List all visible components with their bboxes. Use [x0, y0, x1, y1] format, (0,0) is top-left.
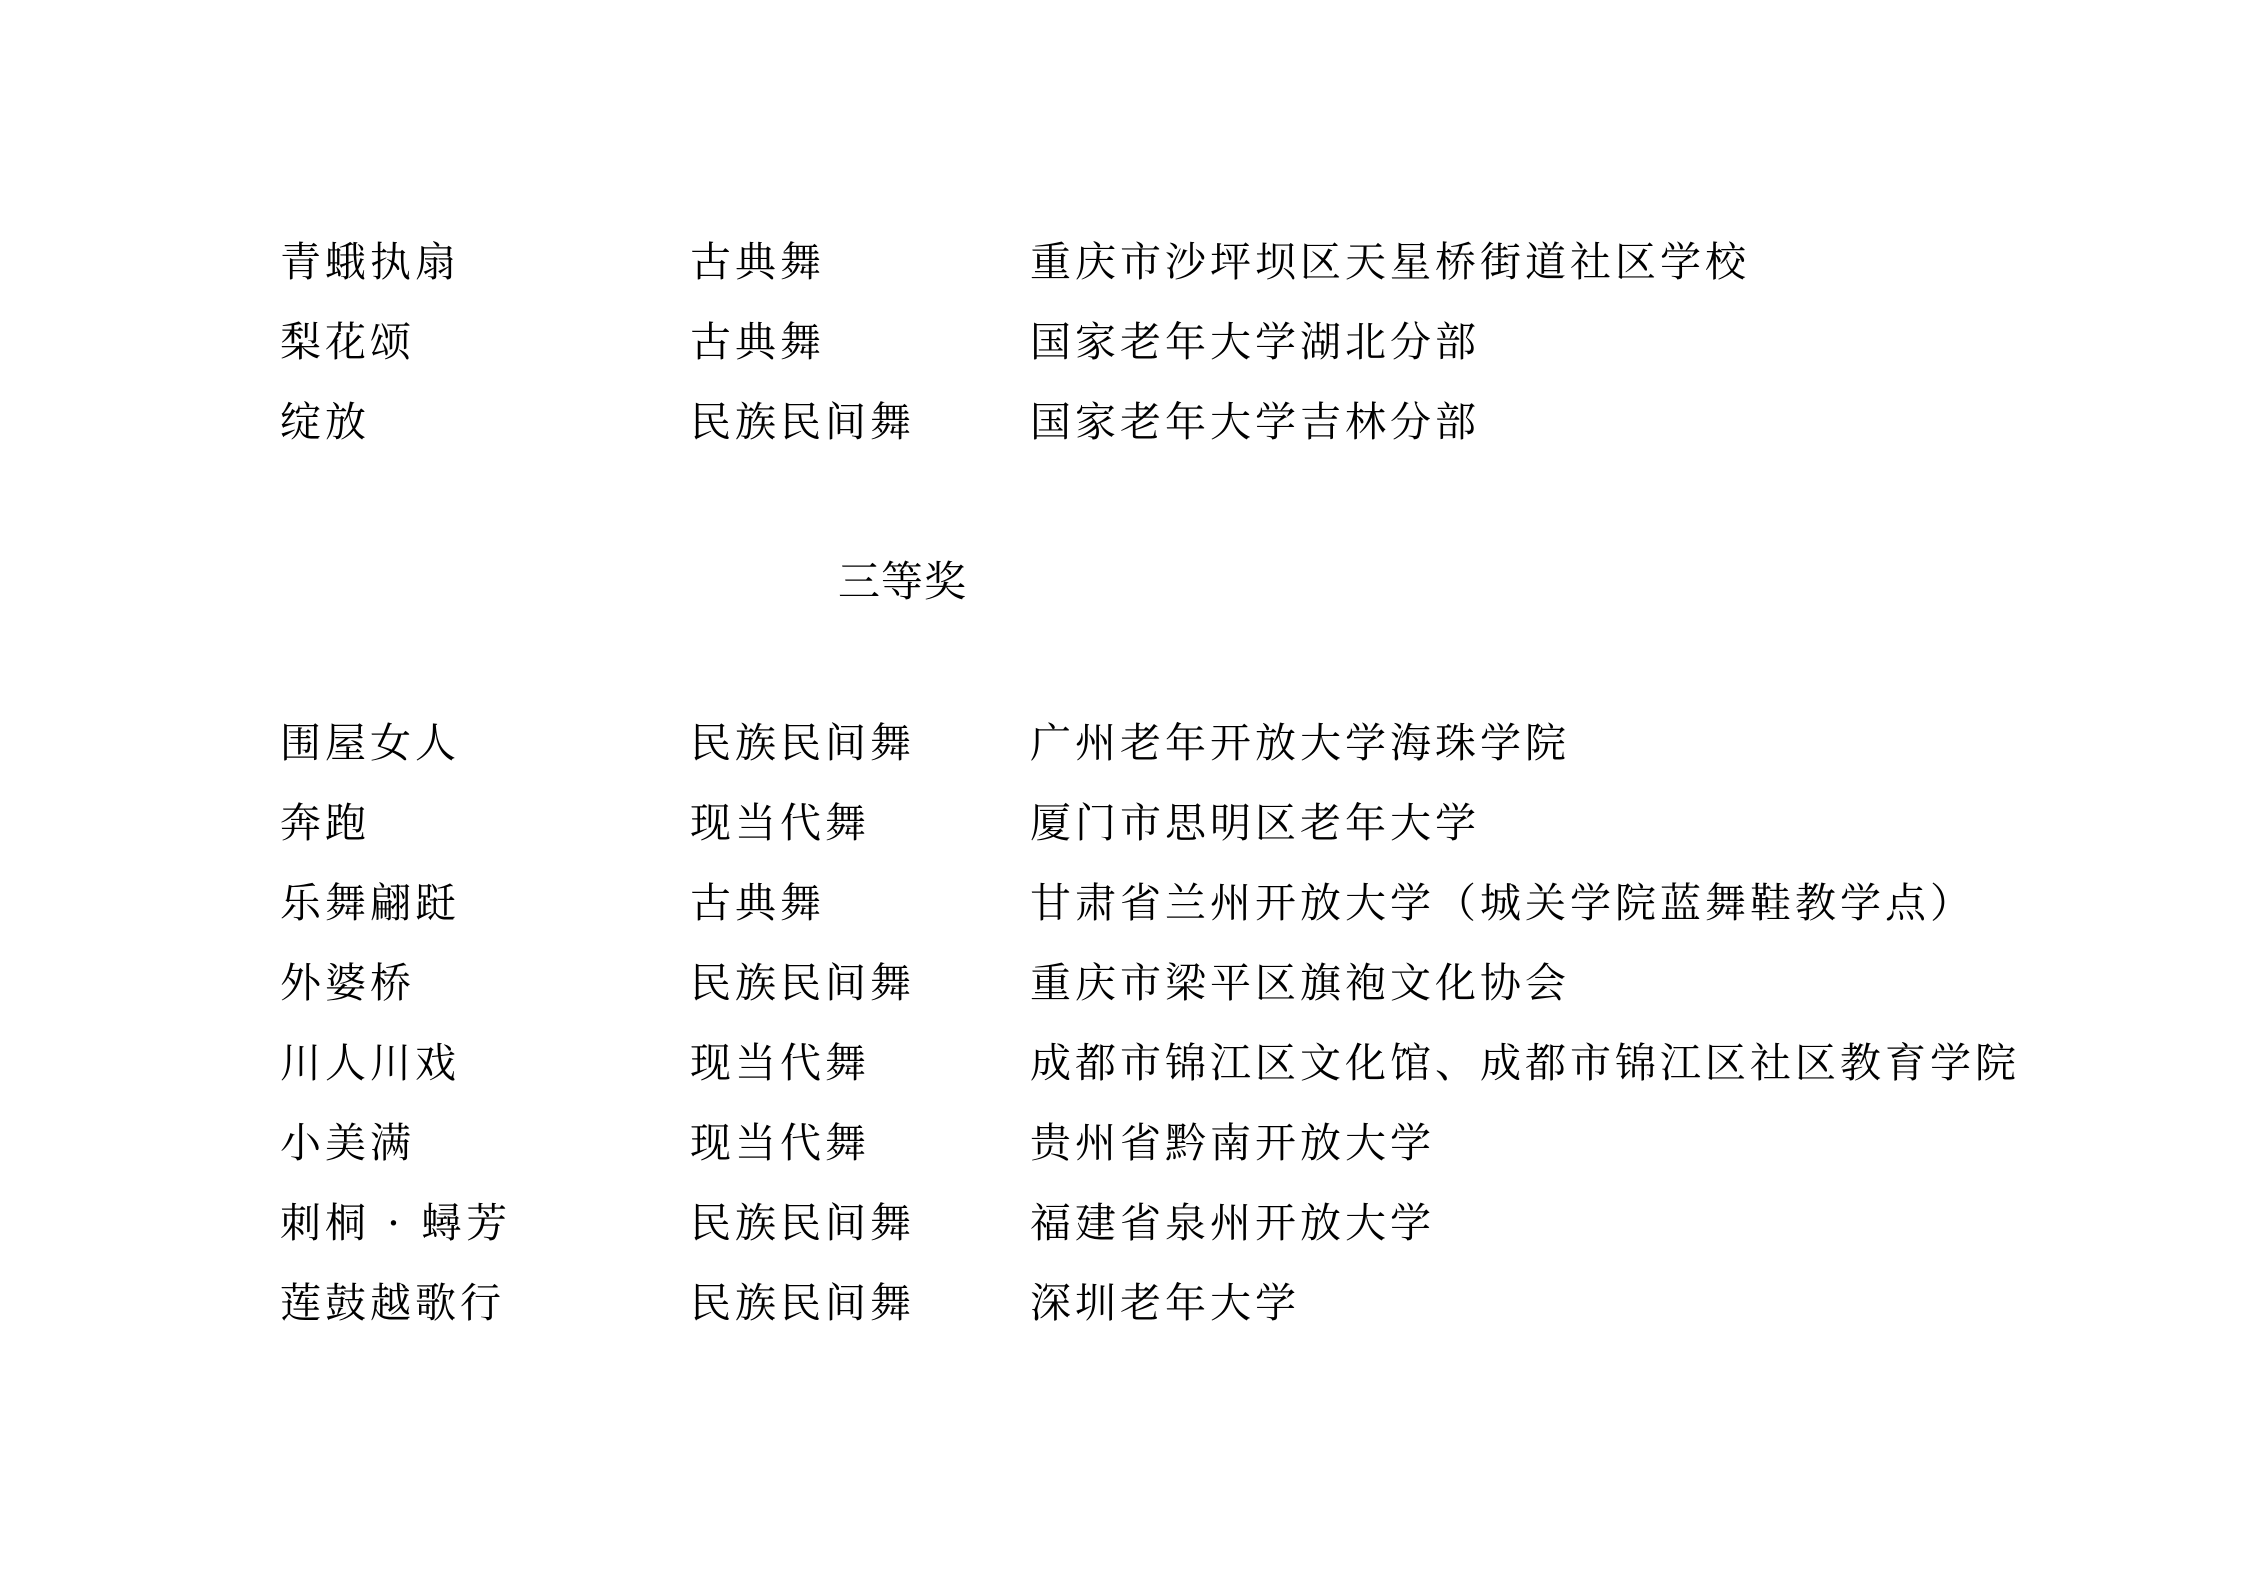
dance-category: 现当代舞 [690, 1113, 870, 1173]
dance-category: 现当代舞 [690, 1033, 870, 1093]
program-title: 绽放 [280, 392, 370, 452]
dance-category: 古典舞 [690, 232, 825, 292]
dance-category: 现当代舞 [690, 793, 870, 853]
program-title: 青蛾执扇 [280, 232, 460, 292]
organization: 甘肃省兰州开放大学（城关学院蓝舞鞋教学点） [1030, 873, 1975, 933]
award-row: 绽放 民族民间舞 国家老年大学吉林分部 [0, 392, 2245, 452]
organization: 重庆市梁平区旗袍文化协会 [1030, 953, 1570, 1013]
award-row: 梨花颂 古典舞 国家老年大学湖北分部 [0, 312, 2245, 372]
award-row: 小美满 现当代舞 贵州省黔南开放大学 [0, 1113, 2245, 1173]
award-row: 莲鼓越歌行 民族民间舞 深圳老年大学 [0, 1273, 2245, 1333]
organization: 厦门市思明区老年大学 [1030, 793, 1480, 853]
award-row: 围屋女人 民族民间舞 广州老年开放大学海珠学院 [0, 713, 2245, 773]
organization: 成都市锦江区文化馆、成都市锦江区社区教育学院 [1030, 1033, 2020, 1093]
dance-category: 古典舞 [690, 873, 825, 933]
award-row: 青蛾执扇 古典舞 重庆市沙坪坝区天星桥街道社区学校 [0, 232, 2245, 292]
organization: 国家老年大学湖北分部 [1030, 312, 1480, 372]
third-prize-heading: 三等奖 [838, 552, 967, 612]
program-title: 小美满 [280, 1113, 415, 1173]
dance-category: 民族民间舞 [690, 392, 915, 452]
program-title: 莲鼓越歌行 [280, 1273, 505, 1333]
organization: 深圳老年大学 [1030, 1273, 1300, 1333]
award-row: 外婆桥 民族民间舞 重庆市梁平区旗袍文化协会 [0, 953, 2245, 1013]
program-title: 围屋女人 [280, 713, 460, 773]
dance-category: 民族民间舞 [690, 1193, 915, 1253]
dance-category: 民族民间舞 [690, 1273, 915, 1333]
program-title: 奔跑 [280, 793, 370, 853]
award-row: 乐舞翩跹 古典舞 甘肃省兰州开放大学（城关学院蓝舞鞋教学点） [0, 873, 2245, 933]
dance-category: 古典舞 [690, 312, 825, 372]
program-title: 外婆桥 [280, 953, 415, 1013]
award-row: 川人川戏 现当代舞 成都市锦江区文化馆、成都市锦江区社区教育学院 [0, 1033, 2245, 1093]
organization: 贵州省黔南开放大学 [1030, 1113, 1435, 1173]
dance-category: 民族民间舞 [690, 713, 915, 773]
document-page: 青蛾执扇 古典舞 重庆市沙坪坝区天星桥街道社区学校 梨花颂 古典舞 国家老年大学… [0, 0, 2245, 1587]
program-title: 梨花颂 [280, 312, 415, 372]
organization: 福建省泉州开放大学 [1030, 1193, 1435, 1253]
award-row: 奔跑 现当代舞 厦门市思明区老年大学 [0, 793, 2245, 853]
program-title: 川人川戏 [280, 1033, 460, 1093]
award-row: 刺桐 · 蟳芳 民族民间舞 福建省泉州开放大学 [0, 1193, 2245, 1253]
organization: 广州老年开放大学海珠学院 [1030, 713, 1570, 773]
organization: 重庆市沙坪坝区天星桥街道社区学校 [1030, 232, 1750, 292]
program-title: 刺桐 · 蟳芳 [280, 1193, 511, 1253]
dance-category: 民族民间舞 [690, 953, 915, 1013]
organization: 国家老年大学吉林分部 [1030, 392, 1480, 452]
program-title: 乐舞翩跹 [280, 873, 460, 933]
